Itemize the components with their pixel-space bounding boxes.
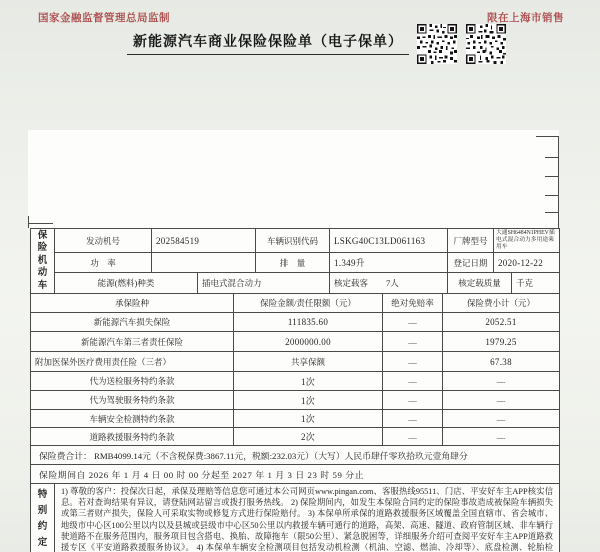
reg-date-value: 2020-12-22 xyxy=(493,253,559,272)
table-right-border xyxy=(558,136,559,228)
coverage-premium: 67.38 xyxy=(442,352,559,371)
coverage-name: 道路救援服务特约条款 xyxy=(31,428,233,445)
coverage-row: 新能源汽车损失保险 111835.60 — 2052.51 xyxy=(31,312,559,331)
col-header-deductible: 绝对免赔率 xyxy=(382,294,442,312)
coverage-deductible: — xyxy=(382,372,442,390)
coverage-name: 代为驾驶服务特约条款 xyxy=(31,391,233,409)
engine-no-label: 发动机号 xyxy=(55,229,151,252)
coverage-section: 承保险种 保险金额/责任限额（元） 绝对免赔率 保险费小计（元） 新能源汽车损失… xyxy=(31,293,559,445)
col-header-amount: 保险金额/责任限额（元） xyxy=(233,294,382,312)
coverage-premium: 2052.51 xyxy=(442,313,559,331)
displacement-value: 1.349升 xyxy=(329,253,447,272)
coverage-deductible: — xyxy=(382,332,442,351)
coverage-premium: — xyxy=(442,391,559,409)
special-terms-section: 特别约定 1) 尊敬的客户：投保次日起，承保及理赔等信息您可通过本公司网页www… xyxy=(31,483,559,552)
coverage-name: 新能源汽车损失保险 xyxy=(31,313,233,331)
qr-code-icon xyxy=(466,24,506,64)
seating-cell: 核定载客 7人 xyxy=(329,273,447,293)
energy-value: 插电式混合动力 xyxy=(197,273,329,293)
vin-value: LSKG40C13LD061163 xyxy=(329,229,447,252)
seating-value: 7人 xyxy=(386,277,399,289)
coverage-premium: 1979.25 xyxy=(442,332,559,351)
row-border-stub xyxy=(545,212,558,213)
vehicle-row-power: 功 率 排 量 1.349升 登记日期 2020-12-22 xyxy=(55,252,559,272)
coverage-premium: — xyxy=(442,372,559,390)
coverage-row: 代为驾驶服务特约条款 1次 — — xyxy=(31,390,559,409)
vehicle-section-label: 保险机动车 xyxy=(31,229,55,293)
coverage-deductible: — xyxy=(382,410,442,427)
insurance-period-row: 保险期间自 2026 年 1 月 4 日 00 时 00 分起至 2027 年 … xyxy=(31,464,559,483)
brand-value: 大通SH6484N1PHEV插电式混合动力多用途乘用车 xyxy=(493,229,559,252)
coverage-amount: 1次 xyxy=(233,391,382,409)
row-border-stub xyxy=(536,136,558,137)
coverage-amount: 共享保额 xyxy=(233,352,382,371)
coverage-row: 道路救援服务特约条款 2次 — — xyxy=(31,427,559,445)
policy-table: 保险机动车 发动机号 202584519 车辆识别代码 LSKG40C13LD0… xyxy=(30,228,560,552)
coverage-amount: 2次 xyxy=(233,428,382,445)
power-value xyxy=(151,253,255,272)
special-terms-text: 1) 尊敬的客户：投保次日起，承保及理赔等信息您可通过本公司网页www.ping… xyxy=(55,484,559,552)
row-border-stub xyxy=(545,176,558,177)
coverage-amount: 111835.60 xyxy=(233,313,382,331)
displacement-label: 排 量 xyxy=(255,253,329,272)
coverage-name: 新能源汽车第三者责任保险 xyxy=(31,332,233,351)
region-note: 限在上海市销售 xyxy=(487,10,564,25)
vehicle-row-energy: 能源(燃料)种类 插电式混合动力 核定载客 7人 核定载质量 千克 xyxy=(55,272,559,293)
coverage-row: 车辆安全检测特约条款 1次 — — xyxy=(31,409,559,427)
vin-label: 车辆识别代码 xyxy=(255,229,329,252)
table-left-border-stub xyxy=(28,223,53,224)
seating-label: 核定载客 xyxy=(334,277,368,289)
row-border-stub xyxy=(545,195,558,196)
power-label: 功 率 xyxy=(55,253,151,272)
vehicle-row-engine: 发动机号 202584519 车辆识别代码 LSKG40C13LD061163 … xyxy=(55,229,559,252)
vehicle-section: 保险机动车 发动机号 202584519 车辆识别代码 LSKG40C13LD0… xyxy=(31,229,559,293)
col-header-name: 承保险种 xyxy=(31,294,233,312)
coverage-premium: — xyxy=(442,410,559,427)
special-terms-label: 特别约定 xyxy=(31,484,55,552)
brand-label: 厂牌型号 xyxy=(447,229,493,252)
issuer-note: 国家金融监督管理总局监制 xyxy=(38,10,170,25)
coverage-deductible: — xyxy=(382,428,442,445)
coverage-row: 新能源汽车第三者责任保险 2000000.00 — 1979.25 xyxy=(31,331,559,351)
col-header-premium: 保险费小计（元） xyxy=(442,294,559,312)
coverage-amount: 1次 xyxy=(233,372,382,390)
reg-date-label: 登记日期 xyxy=(447,253,493,272)
coverage-row: 代为送检服务特约条款 1次 — — xyxy=(31,371,559,390)
energy-label: 能源(燃料)种类 xyxy=(55,273,197,293)
policy-document: 国家金融监督管理总局监制 限在上海市销售 新能源汽车商业保险保险单（电子保单） xyxy=(0,0,600,552)
coverage-row: 附加医保外医疗费用责任险（三者） 共享保额 — 67.38 xyxy=(31,351,559,371)
coverage-deductible: — xyxy=(382,313,442,331)
coverage-deductible: — xyxy=(382,352,442,371)
coverage-deductible: — xyxy=(382,391,442,409)
coverage-header-row: 承保险种 保险金额/责任限额（元） 绝对免赔率 保险费小计（元） xyxy=(31,293,559,312)
row-border-stub xyxy=(545,157,558,158)
premium-total-row: 保险费合计： RMB4099.14元（不含税保费:3867.11元，税额:232… xyxy=(31,445,559,464)
coverage-name: 代为送检服务特约条款 xyxy=(31,372,233,390)
coverage-amount: 2000000.00 xyxy=(233,332,382,351)
qr-code-icon xyxy=(417,24,457,64)
redacted-area xyxy=(28,130,559,228)
coverage-amount: 1次 xyxy=(233,410,382,427)
load-label: 核定载质量 xyxy=(447,273,511,293)
coverage-name: 附加医保外医疗费用责任险（三者） xyxy=(31,352,233,371)
load-value: 千克 xyxy=(511,273,559,293)
engine-no-value: 202584519 xyxy=(151,229,255,252)
coverage-premium: — xyxy=(442,428,559,445)
coverage-name: 车辆安全检测特约条款 xyxy=(31,410,233,427)
